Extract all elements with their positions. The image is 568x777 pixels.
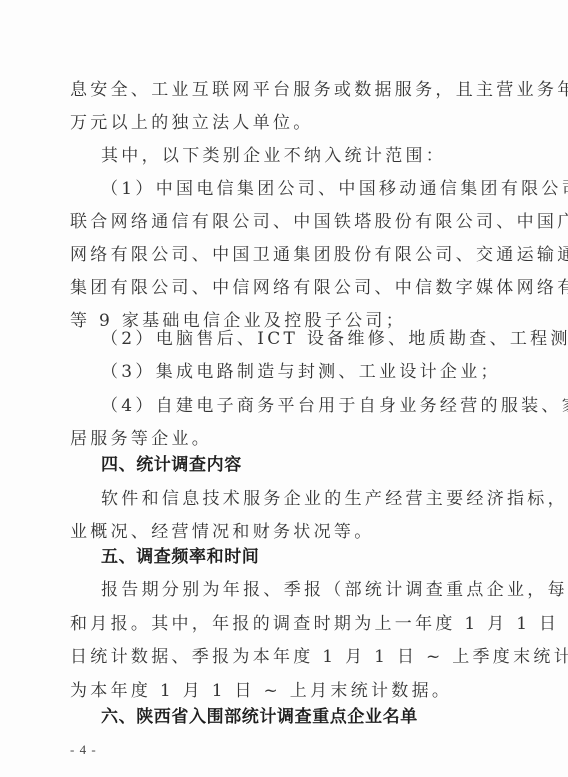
list-item-2: （2）电脑售后、ICT 设备维修、地质勘查、工程测绘企业； <box>101 329 501 349</box>
body-text-line: 软件和信息技术服务企业的生产经营主要经济指标，包括企 <box>101 489 501 509</box>
body-text-line: 集团有限公司、中信网络有限公司、中信数字媒体网络有限公司 <box>70 278 500 298</box>
body-text-line: 居服务等企业。 <box>70 429 500 449</box>
body-text-line: 网络有限公司、中国卫通集团股份有限公司、交通运输通信信息 <box>70 245 500 265</box>
body-text-line: 联合网络通信有限公司、中国铁塔股份有限公司、中国广播电视 <box>70 212 500 232</box>
list-item-1: （1）中国电信集团公司、中国移动通信集团有限公司、中国 <box>101 179 501 199</box>
body-text-line: 等 9 家基础电信企业及控股子公司； <box>70 311 500 331</box>
section-heading-5: 五、调查频率和时间 <box>101 547 501 567</box>
body-text-line: 其中，以下类别企业不纳入统计范围： <box>101 146 501 166</box>
section-heading-4: 四、统计调查内容 <box>101 455 501 475</box>
body-text-line: 业概况、经营情况和财务状况等。 <box>70 522 500 542</box>
body-text-line: 报告期分别为年报、季报（部统计调查重点企业，每年更新） <box>101 580 501 600</box>
page-number: - 4 - <box>70 742 97 758</box>
document-page: 息安全、工业互联网平台服务或数据服务，且主营业务年收入 500 万元以上的独立法… <box>0 0 568 777</box>
body-text-line: 日统计数据、季报为本年度 1 月 1 日 ~ 上季度末统计数据，月报 <box>70 647 500 667</box>
section-heading-6: 六、陕西省入围部统计调查重点企业名单 <box>101 707 501 727</box>
body-text-line: 万元以上的独立法人单位。 <box>70 113 500 133</box>
list-item-3: （3）集成电路制造与封测、工业设计企业； <box>101 362 501 382</box>
list-item-4: （4）自建电子商务平台用于自身业务经营的服装、家具、旅 <box>101 396 501 416</box>
body-text-line: 息安全、工业互联网平台服务或数据服务，且主营业务年收入 500 <box>70 80 500 100</box>
body-text-line: 为本年度 1 月 1 日 ~ 上月末统计数据。 <box>70 681 500 701</box>
body-text-line: 和月报。其中，年报的调查时期为上一年度 1 月 1 日 ~ 12 月 31 <box>70 614 500 634</box>
